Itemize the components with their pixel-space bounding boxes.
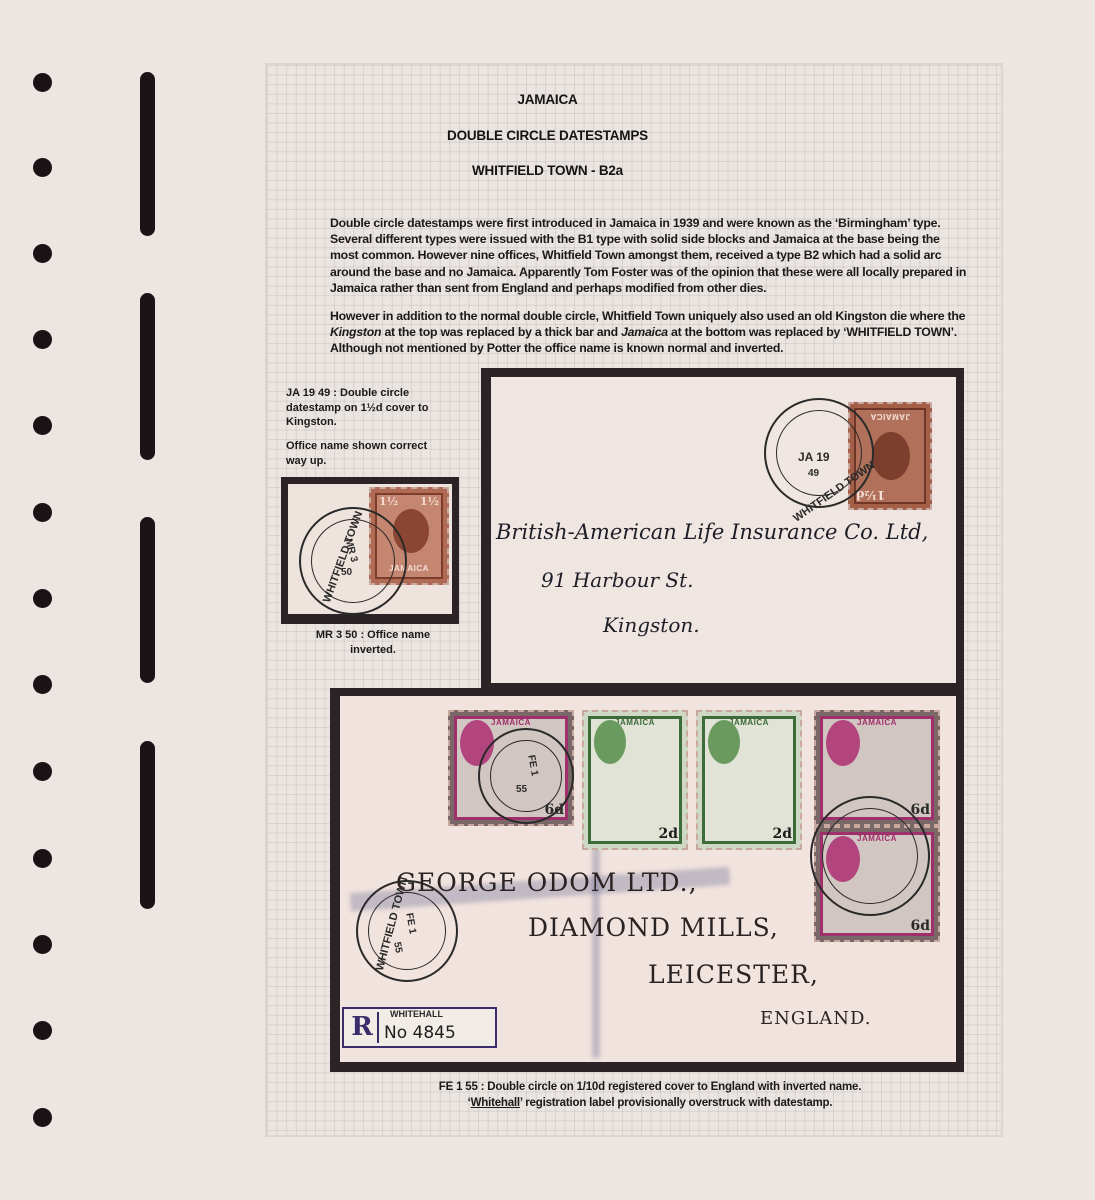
cover1-frame: JAMAICA 1½d JA 19 49 WHITFIELD TOWN Brit… xyxy=(481,368,964,693)
cover2-stamp-2: JAMAICA 2d xyxy=(582,710,688,850)
cover1-postmark: JA 19 49 WHITFIELD TOWN xyxy=(764,398,874,508)
cover2-postmark-2 xyxy=(810,796,930,916)
binder-corner xyxy=(1065,0,1095,30)
cover1-note: JA 19 49 : Double circle datestamp on 1½… xyxy=(286,386,436,430)
intro-paragraph: Double circle datestamps were first intr… xyxy=(330,215,970,296)
binder-hole xyxy=(33,589,52,608)
cover2-caption-line-1: FE 1 55 : Double circle on 1/10d registe… xyxy=(330,1080,970,1095)
page-subtitle: DOUBLE CIRCLE DATESTAMPS xyxy=(0,128,1095,143)
cover2-postmark-1: FE 1 55 xyxy=(478,728,574,824)
binder-hole xyxy=(33,935,52,954)
binder-hole xyxy=(33,1021,52,1040)
cover1-address-line-3: Kingston. xyxy=(603,613,700,637)
registration-r-mark: R xyxy=(347,1012,379,1043)
piece-caption: MR 3 50 : Office name inverted. xyxy=(298,628,448,657)
binder-hole xyxy=(33,503,52,522)
piece-postmark: MR 3 50 WHITFIELD TOWN xyxy=(299,507,407,615)
cover2-caption-line-2: ‘Whitehall’ registration label provision… xyxy=(330,1096,970,1111)
cover2-stamp-3: JAMAICA 2d xyxy=(696,710,802,850)
binder-hole xyxy=(33,244,52,263)
kingston-die-paragraph: However in addition to the normal double… xyxy=(330,308,970,357)
registration-label: R WHITEHALL No 4845 xyxy=(342,1007,497,1048)
cover2-address-line-2: DIAMOND MILLS, xyxy=(528,913,779,942)
page-title: JAMAICA xyxy=(0,92,1095,107)
binder-hole xyxy=(33,762,52,781)
binder-hole xyxy=(33,330,52,349)
binder-slot xyxy=(140,741,155,909)
binder-slot xyxy=(140,293,155,460)
king-portrait-icon xyxy=(826,720,860,766)
binder-hole xyxy=(33,849,52,868)
cover1-address-line-2: 91 Harbour St. xyxy=(541,568,693,592)
cover2-address-line-4: ENGLAND. xyxy=(760,1008,871,1029)
cover2-address-line-3: LEICESTER, xyxy=(648,960,819,989)
cover1-address-line-1: British-American Life Insurance Co. Ltd, xyxy=(496,520,928,544)
binder-hole xyxy=(33,416,52,435)
king-portrait-icon xyxy=(594,720,626,764)
binder-hole xyxy=(33,73,52,92)
binder-slot xyxy=(140,517,155,683)
binder-hole xyxy=(33,675,52,694)
section-title: WHITFIELD TOWN - B2a xyxy=(0,163,1095,178)
registration-office: WHITEHALL xyxy=(390,1009,443,1019)
king-portrait-icon xyxy=(708,720,740,764)
binder-hole xyxy=(33,1108,52,1127)
king-portrait-icon xyxy=(872,432,910,480)
cover2-address-line-1: GEORGE ODOM LTD., xyxy=(396,868,698,897)
piece-frame: JAMAICA 1½ 1½ MR 3 50 WHITFIELD TOWN xyxy=(281,477,459,624)
registration-number: No 4845 xyxy=(384,1023,456,1043)
cover1-note-2: Office name shown correct way up. xyxy=(286,439,436,468)
